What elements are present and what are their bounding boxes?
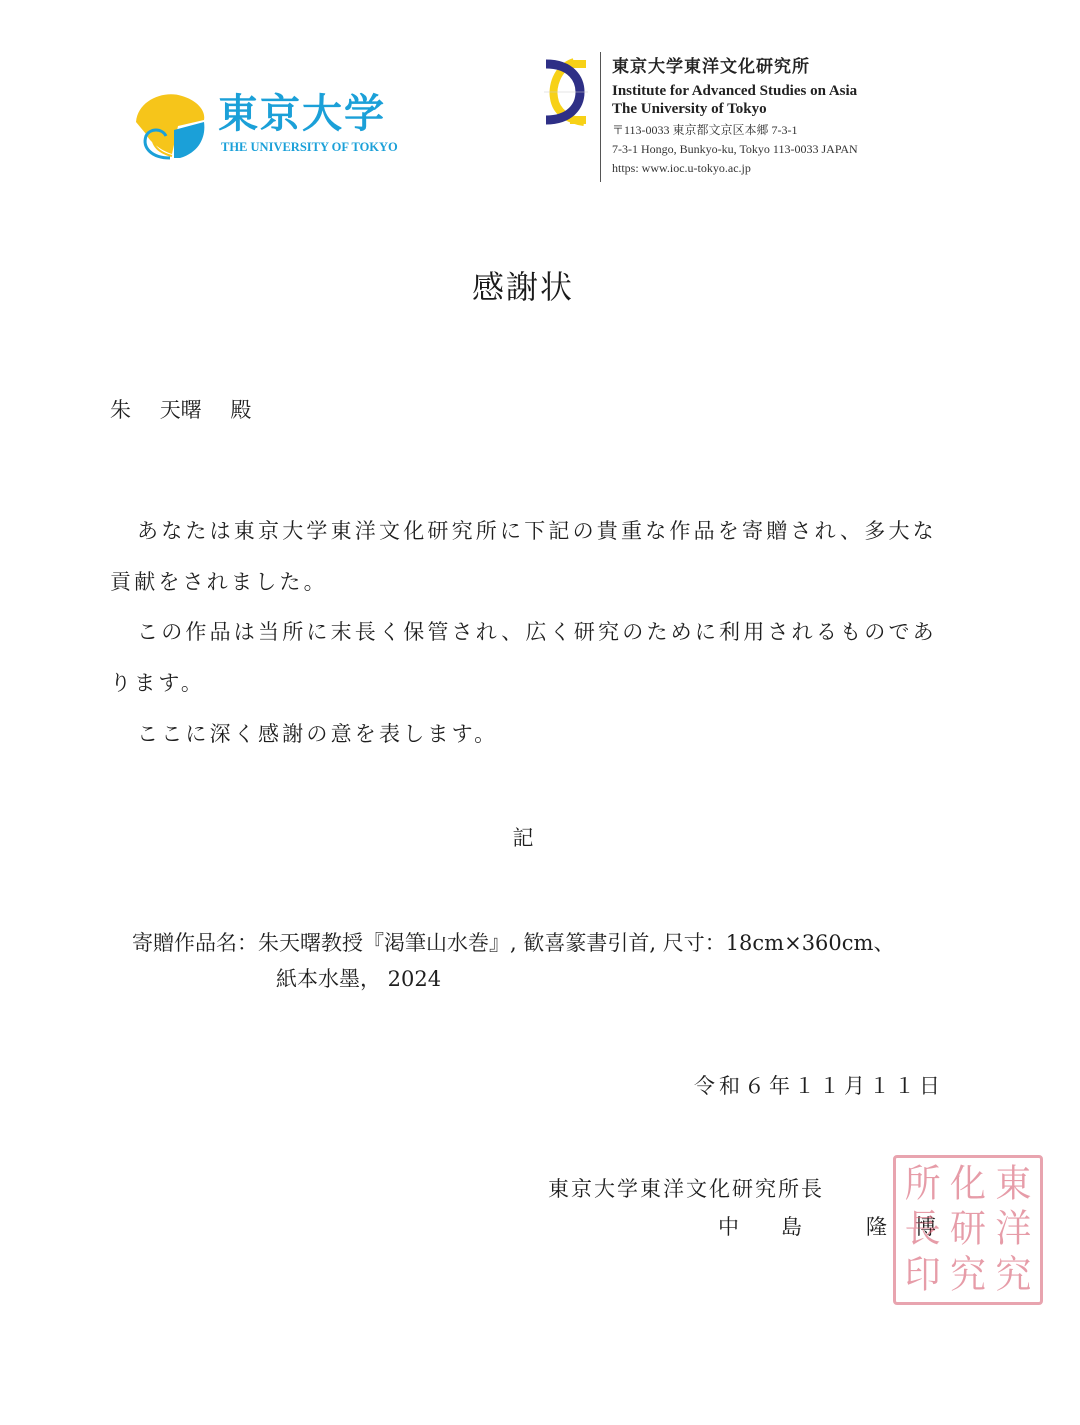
institute-university-en: The University of Tokyo [612, 100, 912, 118]
addressee: 朱 天曙 殿 [110, 394, 273, 424]
institute-address-jp: 〒113-0033 東京都文京区本郷 7-3-1 [612, 121, 912, 140]
issue-date: 令和６年１１月１１日 [694, 1070, 944, 1100]
institute-website: https: www.ioc.u-tokyo.ac.jp [612, 159, 912, 178]
signatory-name-char: 中 [718, 1211, 739, 1241]
body-paragraph-1-line-2: 貢献をされました。 [110, 557, 950, 608]
university-of-tokyo-logo: 東京大学 THE UNIVERSITY OF TOKYO [130, 88, 420, 163]
donation-label: 寄贈作品名： [132, 931, 258, 955]
official-seal-stamp: 東 洋 究 化 研 究 所 長 印 [893, 1155, 1043, 1305]
addressee-honorific: 殿 [230, 398, 251, 422]
seal-char: 東 [991, 1161, 1036, 1209]
body-paragraph-1-line-1: あなたは東京大学東洋文化研究所に下記の貴重な作品を寄贈され、多大な [137, 506, 977, 557]
ki-heading: 記 [0, 822, 1046, 852]
institute-letterhead: 東京大学東洋文化研究所 Institute for Advanced Studi… [612, 56, 912, 178]
institute-name-en: Institute for Advanced Studies on Asia [612, 82, 912, 100]
signatory-name-char: 隆 [866, 1211, 887, 1241]
body-paragraph-2-line-2: ります。 [110, 658, 950, 709]
institute-address-en: 7-3-1 Hongo, Bunkyo-ku, Tokyo 113-0033 J… [612, 140, 912, 159]
donation-item: 朱天曙教授『渇筆山水巻』, 歓喜篆書引首, 尺寸：18cm×360cm、 [258, 931, 894, 955]
seal-char: 所 [900, 1161, 945, 1209]
seal-char: 研 [945, 1206, 990, 1254]
signatory-name-char: 島 [781, 1211, 802, 1241]
institute-name-jp: 東京大学東洋文化研究所 [612, 56, 912, 78]
ginkgo-leaf-icon [130, 92, 208, 162]
signatory-title: 東京大学東洋文化研究所長 [548, 1173, 824, 1203]
seal-char: 印 [900, 1252, 945, 1300]
institute-logo-icon [544, 58, 588, 126]
addressee-surname: 朱 [110, 398, 131, 422]
seal-char: 洋 [991, 1206, 1036, 1254]
body-paragraph-3: ここに深く感謝の意を表します。 [137, 709, 977, 760]
seal-char: 長 [900, 1206, 945, 1254]
donation-details-line-1: 寄贈作品名：朱天曙教授『渇筆山水巻』, 歓喜篆書引首, 尺寸：18cm×360c… [132, 926, 894, 960]
university-name-en: THE UNIVERSITY OF TOKYO [221, 140, 398, 155]
donation-details-line-2: 紙本水墨， 2024 [276, 962, 441, 996]
seal-char: 究 [991, 1252, 1036, 1300]
seal-char: 究 [945, 1252, 990, 1300]
certificate-title: 感謝状 [0, 262, 1046, 308]
university-name-jp: 東京大学 [218, 92, 386, 136]
seal-char: 化 [945, 1161, 990, 1209]
addressee-given-name: 天曙 [160, 398, 202, 422]
header-divider [600, 52, 601, 182]
body-paragraph-2-line-1: この作品は当所に末長く保管され、広く研究のために利用されるものであ [137, 607, 977, 658]
